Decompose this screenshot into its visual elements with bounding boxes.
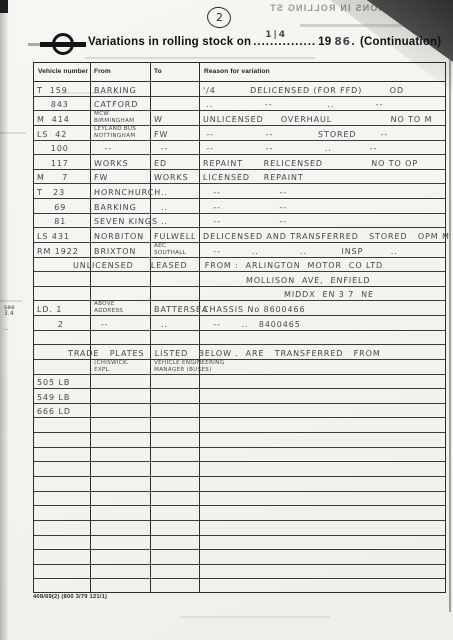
cell-to: FW <box>154 131 169 139</box>
cell-vehicle: T 159 <box>37 87 68 95</box>
cell-from: NORBITON <box>94 233 144 241</box>
cell-vehicle: 505 LB <box>37 379 70 387</box>
table-row: TRADE PLATES LISTED BELOW . ARE TRANSFER… <box>34 345 445 360</box>
col-header-vehicle-number: Vehicle number <box>38 68 88 75</box>
scan-smudge <box>85 57 315 59</box>
cell-vehicle: LD. 1 <box>37 306 63 314</box>
cell-vehicle: 100 <box>37 145 69 153</box>
cell-to: ED <box>154 160 167 168</box>
cell-from: WORKS <box>94 160 129 168</box>
scanned-form-page: ATIONS IN ROLLING ST 2 Variations in rol… <box>0 0 453 640</box>
scan-page-edge-line <box>449 56 451 612</box>
cell-vehicle: 666 LD <box>37 408 71 416</box>
cell-to: .. <box>154 204 168 212</box>
table-row: LS 431NORBITONFULWELLDELICENSED AND TRAN… <box>34 228 445 243</box>
cell-to: FULWELL <box>154 233 197 241</box>
cell-vehicle: 117 <box>37 160 69 168</box>
cell-from-upper-line: LEYLAND BUS <box>94 126 136 132</box>
cell-vehicle: LS 42 <box>37 131 67 139</box>
table-row: LD. 1ADDRESSABOVEBATTERSEACHASSIS No 860… <box>34 301 445 316</box>
table-row: 117WORKSEDREPAINT RELICENSED NO TO OP <box>34 155 445 170</box>
table-row <box>34 579 445 594</box>
cell-to: W <box>154 116 163 124</box>
cell-to: .. <box>154 321 168 329</box>
table-row: M 414BIRMINGHAMMCWWUNLICENSED OVERHAUL N… <box>34 111 445 126</box>
cell-from: HORNCHURCH <box>94 189 161 197</box>
table-row <box>34 565 445 580</box>
handwritten-page-number: 2 <box>205 5 233 31</box>
cell-from: SEVEN KINGS <box>94 218 158 226</box>
table-body: T 159BARKING'/4 DELICENSED (FOR FFD) OD … <box>34 82 445 592</box>
page-number-value: 2 <box>216 8 223 27</box>
handwritten-year: 86. <box>334 36 356 48</box>
table-row <box>34 433 445 448</box>
scan-corner-mark <box>0 0 8 13</box>
bleedthrough-text: ATIONS IN ROLLING ST <box>269 3 395 13</box>
cell-from: ADDRESS <box>94 308 123 314</box>
cell-vehicle: LS 431 <box>37 233 70 241</box>
year-prefix: 19 <box>318 36 331 48</box>
cell-vehicle: T 23 <box>37 189 65 197</box>
spanning-note: MOLLISON AVE, ENFIELD <box>246 277 371 285</box>
cell-to: .. <box>154 218 168 226</box>
cell-vehicle: M 7 <box>37 174 68 182</box>
cell-from: EXPL. <box>94 367 111 373</box>
table-row <box>34 418 445 433</box>
variations-table: Vehicle number From To Reason for variat… <box>33 62 446 593</box>
cell-vehicle: 69 <box>37 204 66 212</box>
table-row <box>34 462 445 477</box>
table-row <box>34 506 445 521</box>
table-row: RM 1922BRIXTONSOUTHALLAEC -- .. .. INSP … <box>34 243 445 258</box>
table-row <box>34 477 445 492</box>
table-row <box>34 550 445 565</box>
scan-smudge <box>180 616 330 618</box>
table-row: 81SEVEN KINGS .. -- -- <box>34 214 445 229</box>
london-transport-roundel-icon <box>40 33 86 55</box>
form-title: Variations in rolling stock on <box>88 36 251 48</box>
cell-reason: '/4 DELICENSED (FOR FFD) OD <box>203 87 404 95</box>
table-row: 549 LB <box>34 389 445 404</box>
spanning-note: UNLICENSED LEASED FROM : ARLINGTON MOTOR… <box>73 262 383 270</box>
cell-reason: -- .. 8400465 <box>203 321 301 329</box>
table-row: 2 -- .. -- .. 8400465.. <box>34 316 445 331</box>
table-row: LS 42NOTTINGHAMLEYLAND BUSFW -- -- STORE… <box>34 126 445 141</box>
table-row <box>34 331 445 346</box>
table-row: 69BARKING .. -- -- <box>34 199 445 214</box>
cell-reason: -- -- .. -- <box>203 145 377 153</box>
continuation-label: (Continuation) <box>360 36 441 48</box>
handwritten-date: 1|4 <box>265 30 287 40</box>
table-row: T 159BARKING'/4 DELICENSED (FOR FFD) OD <box>34 82 445 97</box>
cell-from-upper-line: MCW <box>94 111 109 117</box>
cell-to: MANAGER (BUSES) <box>154 367 212 373</box>
form-reference-number: 408/69(2) (800 3/79 121/1) <box>33 594 107 600</box>
cell-from: CATFORD <box>94 101 139 109</box>
date-dotted-line: ............... 1|4 <box>253 36 316 48</box>
col-header-to: To <box>154 68 162 75</box>
cell-to: SOUTHALL <box>154 250 186 256</box>
cell-reason: REPAINT RELICENSED NO TO OP <box>203 160 418 168</box>
table-row: T 23HORNCHURCH .. -- -- <box>34 184 445 199</box>
cell-to: BATTERSEA <box>154 306 209 314</box>
cell-vehicle: 843 <box>37 101 69 109</box>
cell-from: -- <box>94 321 109 329</box>
col-header-reason: Reason for variation <box>204 68 270 75</box>
scan-left-edge-shadow <box>0 0 9 640</box>
cell-vehicle: 2 <box>37 321 64 329</box>
table-row: 666 LD <box>34 404 445 419</box>
cell-reason: UNLICENSED OVERHAUL NO TO M <box>203 116 433 124</box>
cell-from-upper-line: ABOVE <box>94 301 115 307</box>
table-row <box>34 521 445 536</box>
spanning-note: MIDDX EN 3 7 NE <box>284 291 374 299</box>
cell-reason: -- -- <box>203 189 287 197</box>
table-row: EXPL.(CHISWICK.MANAGER (BUSES)VEHICLE EN… <box>34 360 445 375</box>
cell-vehicle: M 414 <box>37 116 70 124</box>
cell-from: BARKING <box>94 87 137 95</box>
cell-to: WORKS <box>154 174 189 182</box>
table-row <box>34 448 445 463</box>
cell-reason: -- -- <box>203 218 287 226</box>
cell-reason: LICENSED REPAINT <box>203 174 304 182</box>
margin-note: see 3.4 <box>4 305 15 317</box>
table-row <box>34 492 445 507</box>
cell-to: .. <box>154 189 168 197</box>
table-row: UNLICENSED LEASED FROM : ARLINGTON MOTOR… <box>34 258 445 273</box>
cell-vehicle: RM 1922 <box>37 248 79 256</box>
table-row: 100 -- -- -- -- .. -- <box>34 141 445 156</box>
cell-reason: DELICENSED AND TRANSFERRED STORED OPM M <box>203 233 450 241</box>
cell-from: -- <box>94 145 112 153</box>
cell-from-upper-line: (CHISWICK. <box>94 360 129 366</box>
cell-reason: -- -- STORED -- <box>203 131 388 139</box>
table-row: MOLLISON AVE, ENFIELD <box>34 272 445 287</box>
cell-reason: -- -- <box>203 204 287 212</box>
cell-reason: CHASSIS No 8600466 <box>203 306 306 314</box>
cell-vehicle: 549 LB <box>37 394 70 402</box>
cell-to-upper-line: AEC <box>154 243 166 249</box>
cell-from: FW <box>94 174 109 182</box>
table-row: MIDDX EN 3 7 NE <box>34 287 445 302</box>
table-row: M 7FWWORKSLICENSED REPAINT <box>34 170 445 185</box>
form-title-bar: Variations in rolling stock on .........… <box>88 36 441 48</box>
cell-from: BIRMINGHAM <box>94 118 134 124</box>
cell-reason: .. -- .. -- <box>203 101 384 109</box>
margin-note: .. <box>4 326 8 332</box>
cell-to: -- <box>154 145 169 153</box>
cell-reason: -- .. .. INSP .. <box>203 248 398 256</box>
cell-to-upper-line: VEHICLE ENGINEERING <box>154 360 224 366</box>
table-row: 505 LB <box>34 375 445 390</box>
cell-vehicle: 81 <box>37 218 66 226</box>
cell-from: BRIXTON <box>94 248 136 256</box>
col-header-from: From <box>94 68 111 75</box>
table-row: 843CATFORD .. -- .. -- <box>34 97 445 112</box>
table-row <box>34 536 445 551</box>
cell-from: BARKING <box>94 204 137 212</box>
cell-from: NOTTINGHAM <box>94 133 136 139</box>
spanning-note: TRADE PLATES LISTED BELOW . ARE TRANSFER… <box>68 350 381 358</box>
roundel-ring <box>52 33 74 55</box>
table-header-row: Vehicle number From To Reason for variat… <box>34 63 445 82</box>
